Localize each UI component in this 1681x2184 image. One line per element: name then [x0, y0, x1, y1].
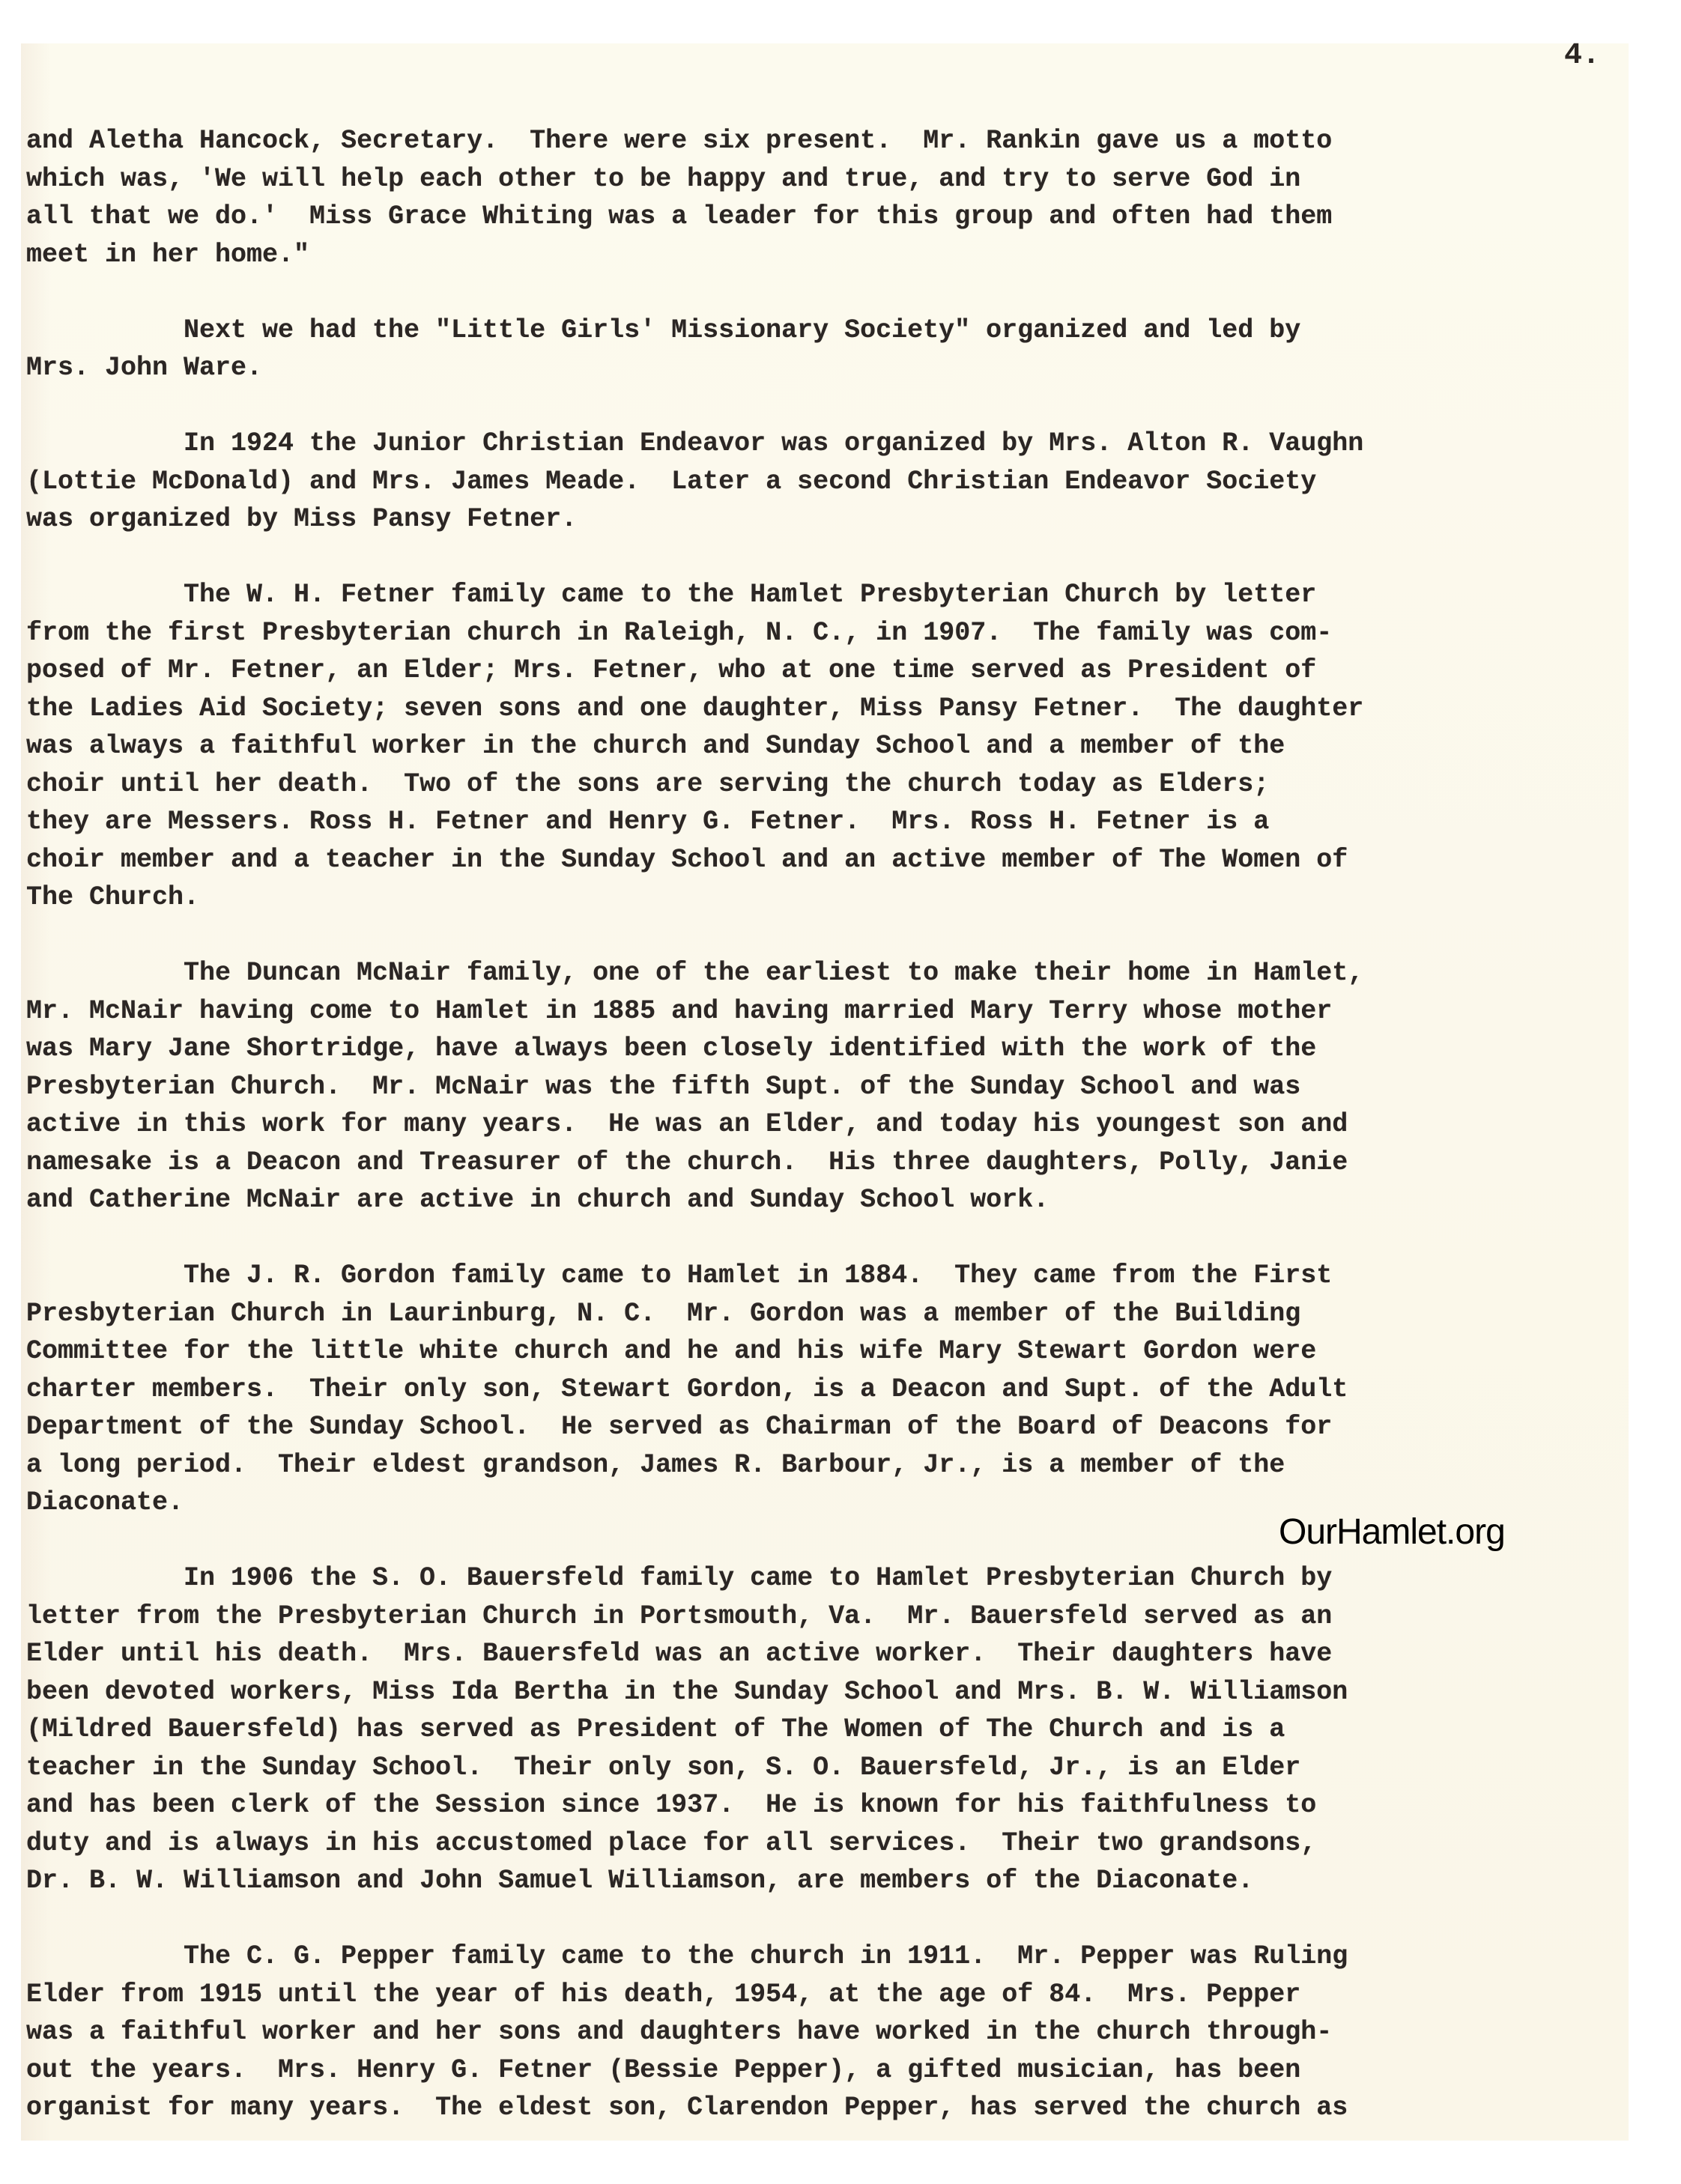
text-line: (Lottie McDonald) and Mrs. James Meade. … — [26, 463, 1629, 501]
text-line: The C. G. Pepper family came to the chur… — [26, 1938, 1629, 1976]
text-line: The Church. — [26, 879, 1629, 917]
watermark-ourhamlet: OurHamlet.org — [1279, 1511, 1505, 1553]
text-line: meet in her home." — [26, 236, 1629, 274]
text-line: Presbyterian Church in Laurinburg, N. C.… — [26, 1295, 1629, 1333]
text-line: posed of Mr. Fetner, an Elder; Mrs. Fetn… — [26, 652, 1629, 690]
text-line: a long period. Their eldest grandson, Ja… — [26, 1446, 1629, 1484]
text-line: Next we had the "Little Girls' Missionar… — [26, 312, 1629, 350]
text-line: (Mildred Bauersfeld) has served as Presi… — [26, 1711, 1629, 1749]
text-line: Dr. B. W. Williamson and John Samuel Wil… — [26, 1862, 1629, 1900]
text-line: was organized by Miss Pansy Fetner. — [26, 500, 1629, 539]
text-line: charter members. Their only son, Stewart… — [26, 1371, 1629, 1409]
text-line: choir member and a teacher in the Sunday… — [26, 841, 1629, 879]
text-line: was always a faithful worker in the chur… — [26, 727, 1629, 765]
text-line: In 1924 the Junior Christian Endeavor wa… — [26, 425, 1629, 463]
text-line: Committee for the little white church an… — [26, 1332, 1629, 1371]
text-line: which was, 'We will help each other to b… — [26, 160, 1629, 198]
text-line: The J. R. Gordon family came to Hamlet i… — [26, 1257, 1629, 1295]
paragraph-little-girls-missionary-society: Next we had the "Little Girls' Missionar… — [26, 312, 1629, 387]
text-line: The W. H. Fetner family came to the Haml… — [26, 576, 1629, 614]
paragraph-gordon-family: The J. R. Gordon family came to Hamlet i… — [26, 1257, 1629, 1522]
text-line: Department of the Sunday School. He serv… — [26, 1408, 1629, 1446]
text-line: In 1906 the S. O. Bauersfeld family came… — [26, 1559, 1629, 1598]
text-line: all that we do.' Miss Grace Whiting was … — [26, 198, 1629, 236]
text-line: the Ladies Aid Society; seven sons and o… — [26, 690, 1629, 728]
text-line: out the years. Mrs. Henry G. Fetner (Bes… — [26, 2051, 1629, 2090]
paragraph-christian-endeavor: In 1924 the Junior Christian Endeavor wa… — [26, 425, 1629, 539]
text-line: was a faithful worker and her sons and d… — [26, 2013, 1629, 2051]
text-line: The Duncan McNair family, one of the ear… — [26, 954, 1629, 992]
text-line: teacher in the Sunday School. Their only… — [26, 1749, 1629, 1787]
text-line: they are Messers. Ross H. Fetner and Hen… — [26, 803, 1629, 841]
text-line: Mrs. John Ware. — [26, 349, 1629, 387]
page-number: 4. — [1564, 39, 1600, 73]
text-line: and has been clerk of the Session since … — [26, 1786, 1629, 1824]
text-line: Elder from 1915 until the year of his de… — [26, 1976, 1629, 2014]
text-line: choir until her death. Two of the sons a… — [26, 765, 1629, 804]
paragraph-mcnair-family: The Duncan McNair family, one of the ear… — [26, 954, 1629, 1219]
text-line: Mr. McNair having come to Hamlet in 1885… — [26, 992, 1629, 1031]
text-line: and Aletha Hancock, Secretary. There wer… — [26, 122, 1629, 160]
text-line: Elder until his death. Mrs. Bauersfeld w… — [26, 1635, 1629, 1673]
typewritten-body: and Aletha Hancock, Secretary. There wer… — [26, 122, 1629, 2165]
text-line: organist for many years. The eldest son,… — [26, 2089, 1629, 2127]
text-line: and Catherine McNair are active in churc… — [26, 1181, 1629, 1219]
paragraph-bauersfeld-family: In 1906 the S. O. Bauersfeld family came… — [26, 1559, 1629, 1900]
text-line: namesake is a Deacon and Treasurer of th… — [26, 1144, 1629, 1182]
text-line: was Mary Jane Shortridge, have always be… — [26, 1030, 1629, 1068]
text-line: Presbyterian Church. Mr. McNair was the … — [26, 1068, 1629, 1106]
text-line: letter from the Presbyterian Church in P… — [26, 1598, 1629, 1636]
paragraph-pepper-family: The C. G. Pepper family came to the chur… — [26, 1938, 1629, 2127]
text-line: active in this work for many years. He w… — [26, 1105, 1629, 1144]
text-line: duty and is always in his accustomed pla… — [26, 1824, 1629, 1863]
text-line: been devoted workers, Miss Ida Bertha in… — [26, 1673, 1629, 1711]
paragraph-youth-group-motto: and Aletha Hancock, Secretary. There wer… — [26, 122, 1629, 273]
paragraph-fetner-family: The W. H. Fetner family came to the Haml… — [26, 576, 1629, 917]
text-line: from the first Presbyterian church in Ra… — [26, 614, 1629, 652]
